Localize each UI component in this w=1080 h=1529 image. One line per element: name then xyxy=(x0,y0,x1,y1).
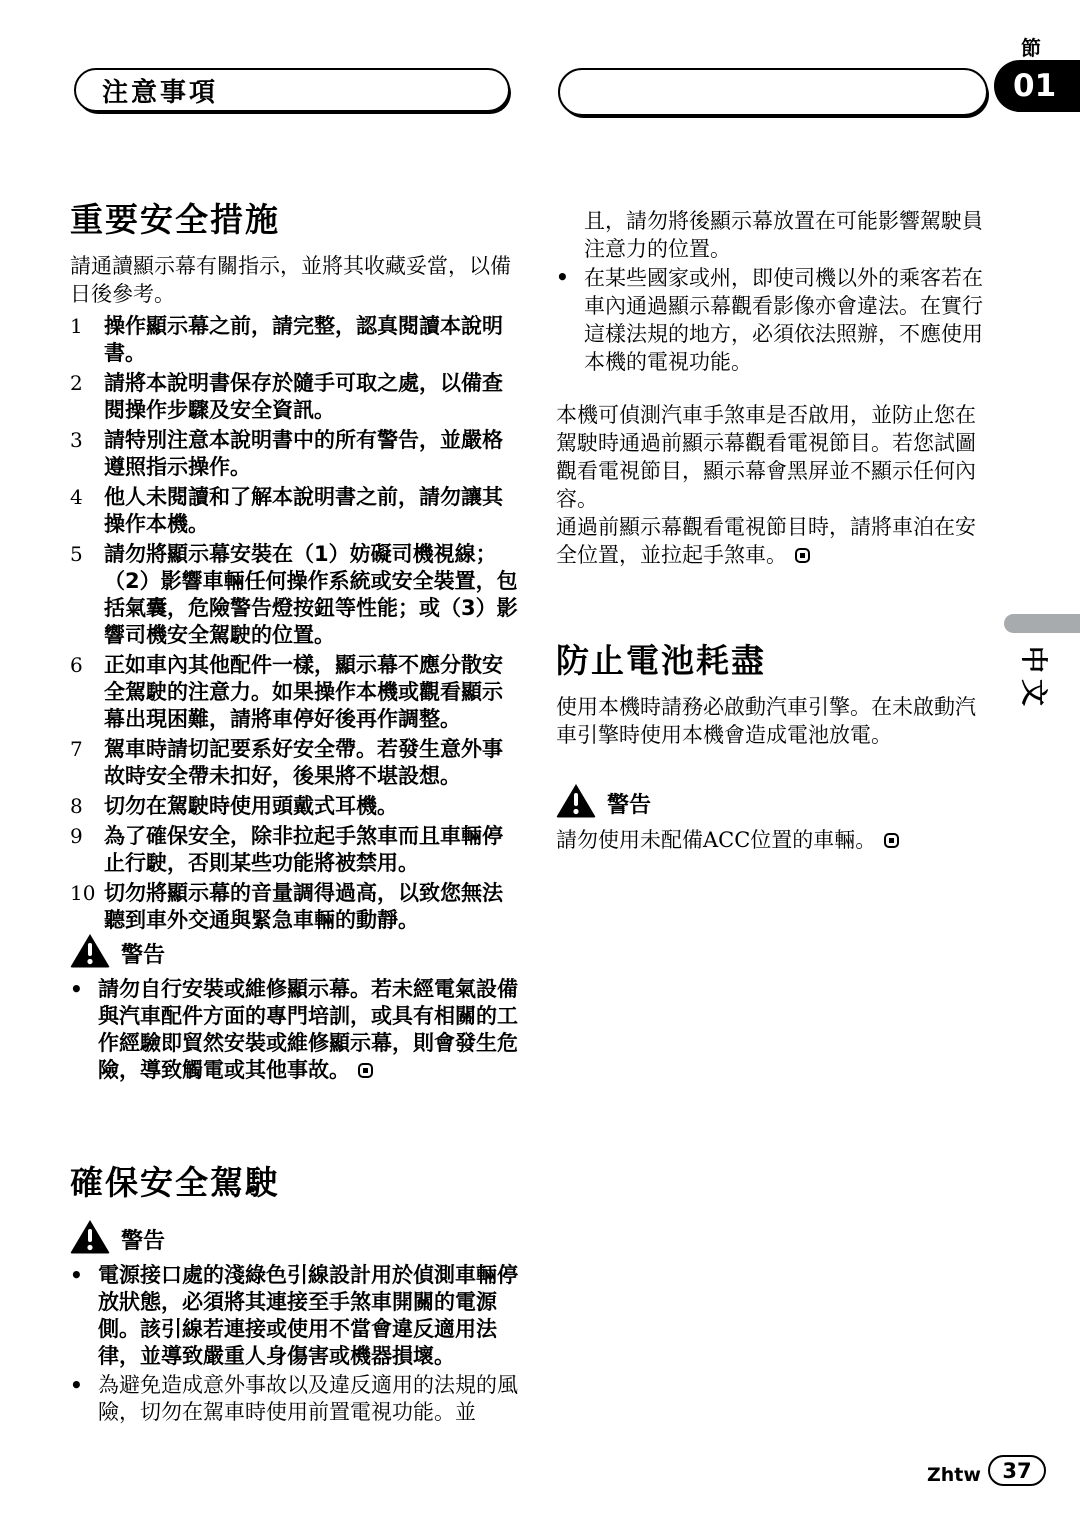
continuation-text: 且，請勿將後顯示幕放置在可能影響駕駛員注意力的位置。 xyxy=(556,207,992,263)
bullet-glyph: • xyxy=(70,976,98,1084)
list-item-number: 1 xyxy=(70,313,104,367)
list-item: 7 駕車時請切記要系好安全帶。若發生意外事故時安全帶未扣好，後果將不堪設想。 xyxy=(70,736,520,790)
battery-warning-block: 警告 請勿使用未配備ACC位置的車輛。 xyxy=(556,783,992,854)
safe-driving-section: 確保安全駕駛 警告 • 電源接口處的淺綠色引線設計用於偵測車輛停放狀態，必須將其… xyxy=(70,1163,520,1426)
section-title-important-safety: 重要安全措施 xyxy=(70,200,520,240)
list-item: 3 請特別注意本說明書中的所有警告，並嚴格遵照指示操作。 xyxy=(70,427,520,481)
list-item-text: 請特別注意本說明書中的所有警告，並嚴格遵照指示操作。 xyxy=(104,427,520,481)
list-item-number: 4 xyxy=(70,484,104,538)
warning-bullet-text: 請勿自行安裝或維修顯示幕。若未經電氣設備與汽車配件方面的專門培訓，或具有相關的工… xyxy=(98,976,520,1084)
battery-section: 防止電池耗盡 使用本機時請務必啟動汽車引擎。在未啟動汽車引擎時使用本機會造成電池… xyxy=(556,641,992,749)
safe-driving-continuation: 且，請勿將後顯示幕放置在可能影響駕駛員注意力的位置。 • 在某些國家或州，即使司… xyxy=(556,207,992,376)
list-item: 6 正如車內其他配件一樣，顯示幕不應分散安全駕駛的注意力。如果操作本機或觀看顯示… xyxy=(70,652,520,733)
warning-label: 警告 xyxy=(121,944,165,968)
footer-page-number: 37 xyxy=(988,1455,1046,1486)
parking-brake-paragraphs: 本機可偵測汽車手煞車是否啟用，並防止您在駕駛時通過前顯示幕觀看電視節目。若您試圖… xyxy=(556,401,992,569)
section-tab-box: 注意事項 xyxy=(74,68,510,112)
list-item-number: 6 xyxy=(70,652,104,733)
list-item-text: 駕車時請切記要系好安全帶。若發生意外事故時安全帶未扣好，後果將不堪設想。 xyxy=(104,736,520,790)
section-title-safe-driving: 確保安全駕駛 xyxy=(70,1163,520,1203)
chapter-number-badge: 01 xyxy=(994,60,1080,112)
section-tab-label: 注意事項 xyxy=(102,72,218,109)
side-tab-language-label: 中文 xyxy=(1017,646,1056,712)
warning-bullet: • 為避免造成意外事故以及違反適用的法規的風險，切勿在駕車時使用前置電視功能。並 xyxy=(70,1372,520,1426)
warning-bullet-text: 電源接口處的淺綠色引線設計用於偵測車輛停放狀態，必須將其連接至手煞車開關的電源側… xyxy=(98,1262,520,1370)
list-item-text: 操作顯示幕之前，請完整，認真閱讀本說明書。 xyxy=(104,313,520,367)
list-item-text: 他人未閱讀和了解本說明書之前，請勿讓其操作本機。 xyxy=(104,484,520,538)
list-item: 4 他人未閱讀和了解本說明書之前，請勿讓其操作本機。 xyxy=(70,484,520,538)
section-end-icon xyxy=(358,1063,373,1078)
warning-bullet: • 請勿自行安裝或維修顯示幕。若未經電氣設備與汽車配件方面的專門培訓，或具有相關… xyxy=(70,976,520,1084)
side-tab-bar xyxy=(1004,614,1080,633)
list-item: 2 請將本說明書保存於隨手可取之處，以備查閱操作步驟及安全資訊。 xyxy=(70,370,520,424)
footer-language-code: Zhtw xyxy=(927,1464,981,1486)
list-item-text: 切勿將顯示幕的音量調得過高，以致您無法聽到車外交通與緊急車輛的動靜。 xyxy=(104,880,520,934)
section-end-icon xyxy=(795,548,810,563)
warning-header: 警告 xyxy=(70,933,520,968)
list-item-text: 切勿在駕駛時使用頭戴式耳機。 xyxy=(104,793,520,820)
list-item-number: 3 xyxy=(70,427,104,481)
bullet-glyph: • xyxy=(70,1262,98,1370)
important-safety-list: 1 操作顯示幕之前，請完整，認真閱讀本說明書。 2 請將本說明書保存於隨手可取之… xyxy=(70,313,520,934)
paragraph: 本機可偵測汽車手煞車是否啟用，並防止您在駕駛時通過前顯示幕觀看電視節目。若您試圖… xyxy=(556,401,992,513)
warning-triangle-icon xyxy=(70,933,110,968)
section-title-battery: 防止電池耗盡 xyxy=(556,641,992,681)
list-item-number: 8 xyxy=(70,793,104,820)
paragraph: 通過前顯示幕觀看電視節目時，請將車泊在安全位置，並拉起手煞車。 xyxy=(556,513,992,569)
battery-body: 使用本機時請務必啟動汽車引擎。在未啟動汽車引擎時使用本機會造成電池放電。 xyxy=(556,693,992,749)
chapter-word-label: 節 xyxy=(1021,32,1041,61)
warning-triangle-icon xyxy=(70,1219,110,1254)
list-item-number: 7 xyxy=(70,736,104,790)
list-item-text: 正如車內其他配件一樣，顯示幕不應分散安全駕駛的注意力。如果操作本機或觀看顯示幕出… xyxy=(104,652,520,733)
bullet-glyph: • xyxy=(70,1372,98,1426)
battery-warning-text: 請勿使用未配備ACC位置的車輛。 xyxy=(556,826,992,854)
important-safety-intro: 請通讀顯示幕有關指示，並將其收藏妥當，以備日後參考。 xyxy=(70,252,520,308)
list-item-number: 5 xyxy=(70,541,104,649)
list-item-number: 9 xyxy=(70,823,104,877)
manual-page: 注意事項 節 01 重要安全措施 請通讀顯示幕有關指示，並將其收藏妥當，以備日後… xyxy=(0,0,1080,1529)
header-empty-box xyxy=(558,68,988,116)
list-item-number: 2 xyxy=(70,370,104,424)
bullet-glyph: • xyxy=(556,264,584,376)
warning-bullet-text: 為避免造成意外事故以及違反適用的法規的風險，切勿在駕車時使用前置電視功能。並 xyxy=(98,1372,520,1426)
list-item: 10 切勿將顯示幕的音量調得過高，以致您無法聽到車外交通與緊急車輛的動靜。 xyxy=(70,880,520,934)
section-end-icon xyxy=(884,833,899,848)
list-item: 9 為了確保安全，除非拉起手煞車而且車輛停止行駛，否則某些功能將被禁用。 xyxy=(70,823,520,877)
list-item-text: 為了確保安全，除非拉起手煞車而且車輛停止行駛，否則某些功能將被禁用。 xyxy=(104,823,520,877)
paragraph-text: 通過前顯示幕觀看電視節目時，請將車泊在安全位置，並拉起手煞車。 xyxy=(556,515,976,567)
warning-header: 警告 xyxy=(556,783,992,818)
list-item-number: 10 xyxy=(70,880,104,934)
list-item-text: 請勿將顯示幕安裝在（1）妨礙司機視線；（2）影響車輛任何操作系統或安全裝置，包括… xyxy=(104,541,520,649)
warning-bullet: • 電源接口處的淺綠色引線設計用於偵測車輛停放狀態，必須將其連接至手煞車開關的電… xyxy=(70,1262,520,1370)
warning-bullet: • 在某些國家或州，即使司機以外的乘客若在車內通過顯示幕觀看影像亦會違法。在實行… xyxy=(556,264,992,376)
warning-header: 警告 xyxy=(70,1219,520,1254)
important-safety-section: 重要安全措施 請通讀顯示幕有關指示，並將其收藏妥當，以備日後參考。 1 操作顯示… xyxy=(70,200,520,934)
warning-triangle-icon xyxy=(556,783,596,818)
list-item: 1 操作顯示幕之前，請完整，認真閱讀本說明書。 xyxy=(70,313,520,367)
list-item-text: 請將本說明書保存於隨手可取之處，以備查閱操作步驟及安全資訊。 xyxy=(104,370,520,424)
list-item: 8 切勿在駕駛時使用頭戴式耳機。 xyxy=(70,793,520,820)
warning-label: 警告 xyxy=(607,794,651,818)
warning-bullet-text: 在某些國家或州，即使司機以外的乘客若在車內通過顯示幕觀看影像亦會違法。在實行這樣… xyxy=(584,264,992,376)
battery-warning-body: 請勿使用未配備ACC位置的車輛。 xyxy=(556,828,876,852)
warning-label: 警告 xyxy=(121,1230,165,1254)
warning-bullet-body: 請勿自行安裝或維修顯示幕。若未經電氣設備與汽車配件方面的專門培訓，或具有相關的工… xyxy=(98,977,518,1082)
list-item: 5 請勿將顯示幕安裝在（1）妨礙司機視線；（2）影響車輛任何操作系統或安全裝置，… xyxy=(70,541,520,649)
install-warning-block: 警告 • 請勿自行安裝或維修顯示幕。若未經電氣設備與汽車配件方面的專門培訓，或具… xyxy=(70,933,520,1084)
